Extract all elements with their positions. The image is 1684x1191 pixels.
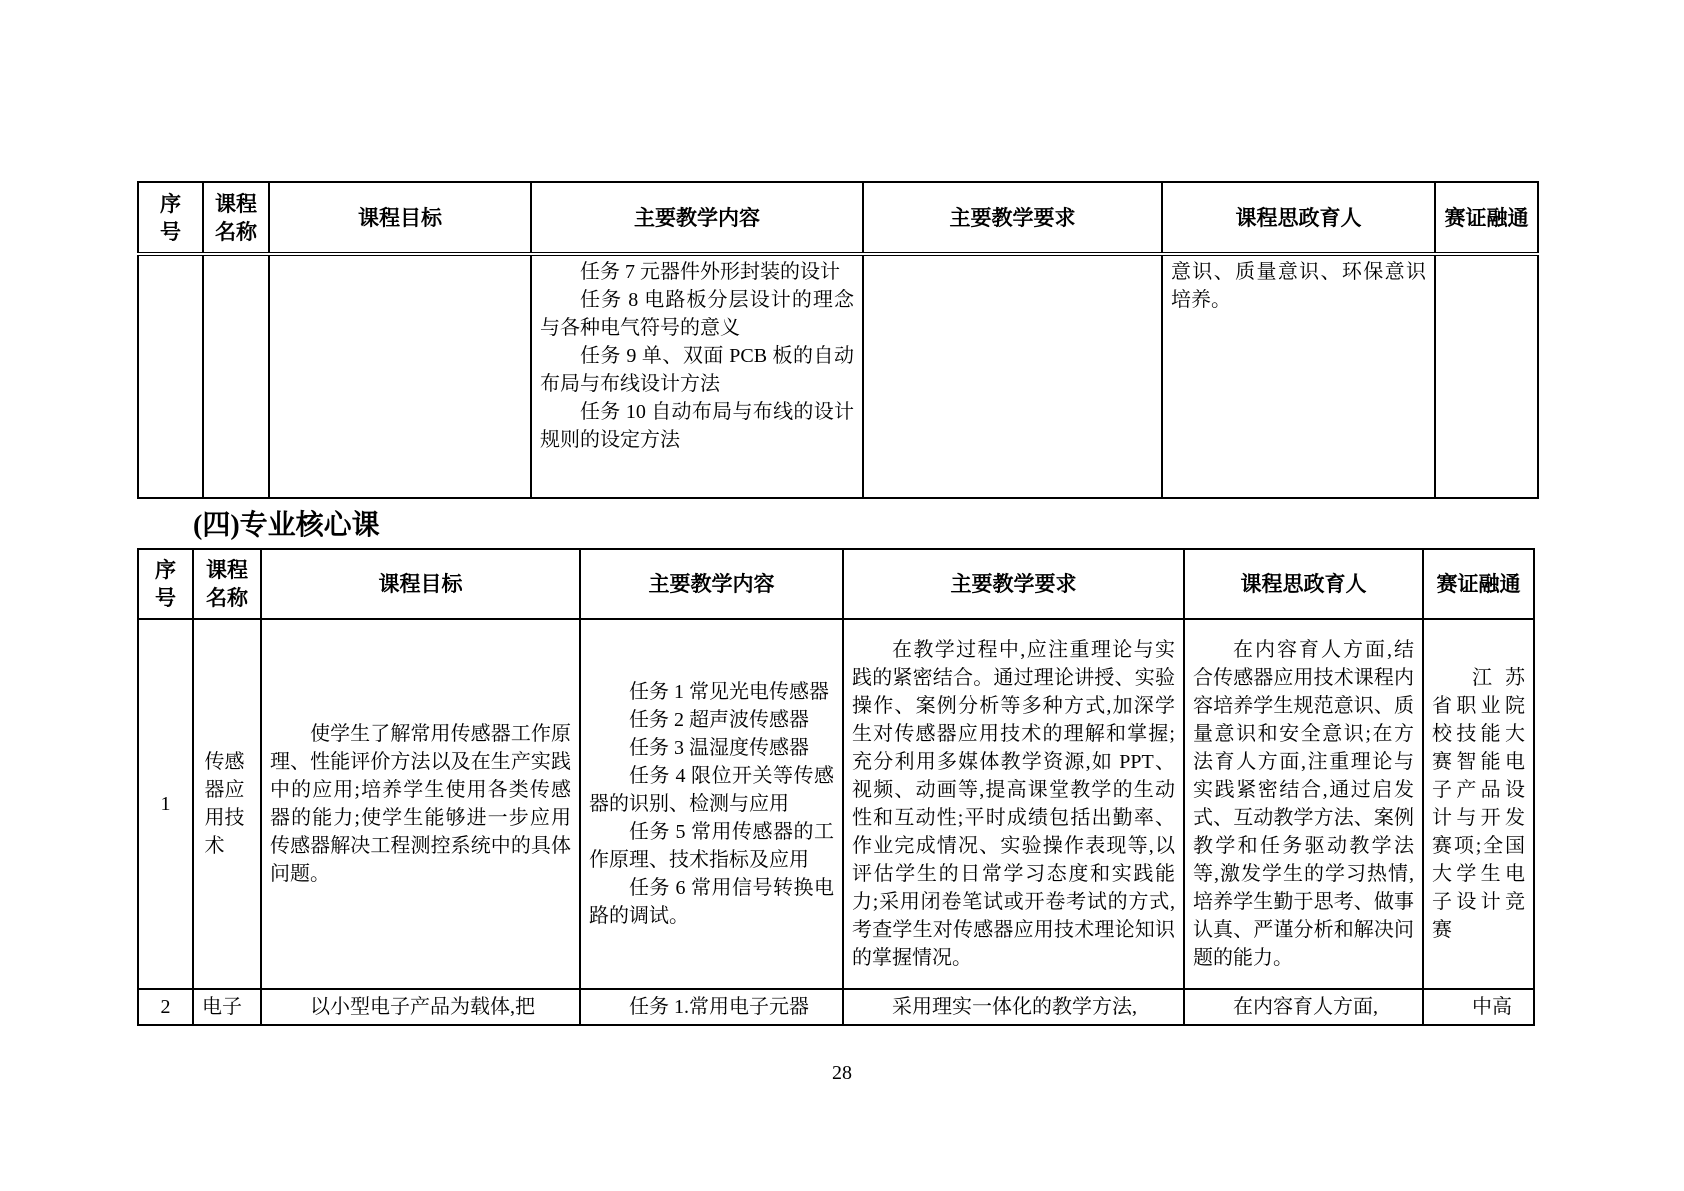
header-requirements: 主要教学要求 <box>863 182 1162 254</box>
table-row-course-1: 1 传感器应用技术 使学生了解常用传感器工作原理、性能评价方法以及在生产实践中的… <box>138 619 1534 989</box>
cell-objective <box>269 254 531 498</box>
header-course-name-label: 课程名称 <box>203 556 250 612</box>
competition-text: 中高 <box>1432 993 1525 1021</box>
header-content: 主要教学内容 <box>580 549 843 619</box>
header-ideology: 课程思政育人 <box>1184 549 1423 619</box>
cell-content: 任务 1.常用电子元器 <box>580 989 843 1025</box>
cell-competition <box>1435 254 1538 498</box>
task-paragraph: 任务 6 常用信号转换电路的调试。 <box>589 874 834 930</box>
cell-course-name <box>203 254 269 498</box>
cell-objective: 使学生了解常用传感器工作原理、性能评价方法以及在生产实践中的应用;培养学生使用各… <box>261 619 580 989</box>
task-paragraph: 任务 1 常见光电传感器 <box>589 678 834 706</box>
cell-requirements <box>863 254 1162 498</box>
header-seq: 序号 <box>138 182 203 254</box>
page-number: 28 <box>0 1062 1684 1085</box>
cell-content: 任务 1 常见光电传感器任务 2 超声波传感器任务 3 温湿度传感器任务 4 限… <box>580 619 843 989</box>
objective-text: 以小型电子产品为载体,把 <box>270 993 571 1021</box>
requirements-text: 在教学过程中,应注重理论与实践的紧密结合。通过理论讲授、实验操作、案例分析等多种… <box>852 636 1175 972</box>
header-seq: 序号 <box>138 549 193 619</box>
header-course-name-label: 课程名称 <box>212 190 259 246</box>
task-paragraph: 任务 7 元器件外形封装的设计 <box>540 258 854 286</box>
header-seq-label: 序号 <box>153 556 177 612</box>
cell-ideology: 在内容育人方面,结合传感器应用技术课程内容培养学生规范意识、质量意识和安全意识;… <box>1184 619 1423 989</box>
task-paragraph: 任务 5 常用传感器的工作原理、技术指标及应用 <box>589 818 834 874</box>
cell-competition: 中高 <box>1423 989 1534 1025</box>
task-paragraph: 任务 8 电路板分层设计的理念与各种电气符号的意义 <box>540 286 854 342</box>
ideology-text: 意识、质量意识、环保意识培养。 <box>1171 258 1426 314</box>
cell-requirements: 在教学过程中,应注重理论与实践的紧密结合。通过理论讲授、实验操作、案例分析等多种… <box>843 619 1184 989</box>
core-courses-table: 序号 课程名称 课程目标 主要教学内容 主要教学要求 课程思政育人 赛证融通 1… <box>137 548 1535 1026</box>
cell-requirements: 采用理实一体化的教学方法, <box>843 989 1184 1025</box>
table-header-row: 序号 课程名称 课程目标 主要教学内容 主要教学要求 课程思政育人 赛证融通 <box>138 182 1538 254</box>
objective-text: 使学生了解常用传感器工作原理、性能评价方法以及在生产实践中的应用;培养学生使用各… <box>270 720 571 888</box>
table-row: 任务 7 元器件外形封装的设计任务 8 电路板分层设计的理念与各种电气符号的意义… <box>138 254 1538 498</box>
header-requirements: 主要教学要求 <box>843 549 1184 619</box>
requirements-text: 采用理实一体化的教学方法, <box>852 993 1175 1021</box>
section-heading: (四)专业核心课 <box>193 503 380 543</box>
cell-objective: 以小型电子产品为载体,把 <box>261 989 580 1025</box>
ideology-text: 在内容育人方面,结合传感器应用技术课程内容培养学生规范意识、质量意识和安全意识;… <box>1193 636 1414 972</box>
header-seq-label: 序号 <box>158 190 182 246</box>
table-continuation: 序号 课程名称 课程目标 主要教学内容 主要教学要求 课程思政育人 赛证融通 任… <box>137 181 1539 499</box>
cell-ideology: 意识、质量意识、环保意识培养。 <box>1162 254 1435 498</box>
cell-competition: 江苏省职业院校技能大赛智能电子产品设计与开发赛项;全国大学生电子设计竞赛 <box>1423 619 1534 989</box>
competition-text: 江苏省职业院校技能大赛智能电子产品设计与开发赛项;全国大学生电子设计竞赛 <box>1432 664 1525 944</box>
header-competition: 赛证融通 <box>1423 549 1534 619</box>
cell-seq: 2 <box>138 989 193 1025</box>
header-ideology: 课程思政育人 <box>1162 182 1435 254</box>
table-header-row: 序号 课程名称 课程目标 主要教学内容 主要教学要求 课程思政育人 赛证融通 <box>138 549 1534 619</box>
task-paragraph: 任务 10 自动布局与布线的设计规则的设定方法 <box>540 398 854 454</box>
header-objective: 课程目标 <box>261 549 580 619</box>
task-paragraph: 任务 9 单、双面 PCB 板的自动布局与布线设计方法 <box>540 342 854 398</box>
header-competition: 赛证融通 <box>1435 182 1538 254</box>
cell-ideology: 在内容育人方面, <box>1184 989 1423 1025</box>
header-course-name: 课程名称 <box>203 182 269 254</box>
task-paragraph: 任务 2 超声波传感器 <box>589 706 834 734</box>
cell-course-name: 传感器应用技术 <box>193 619 261 989</box>
task-paragraph: 任务 1.常用电子元器 <box>589 993 834 1021</box>
cell-seq: 1 <box>138 619 193 989</box>
course-name-text: 传感器应用技术 <box>205 748 250 860</box>
task-paragraph: 任务 4 限位开关等传感器的识别、检测与应用 <box>589 762 834 818</box>
ideology-text: 在内容育人方面, <box>1193 993 1414 1021</box>
header-objective: 课程目标 <box>269 182 531 254</box>
document-page: 序号 课程名称 课程目标 主要教学内容 主要教学要求 课程思政育人 赛证融通 任… <box>0 0 1684 1191</box>
cell-course-name: 电子 <box>193 989 261 1025</box>
task-paragraph: 任务 3 温湿度传感器 <box>589 734 834 762</box>
cell-seq <box>138 254 203 498</box>
table-row-course-2: 2 电子 以小型电子产品为载体,把 任务 1.常用电子元器 采用理实一体化的教学… <box>138 989 1534 1025</box>
cell-content: 任务 7 元器件外形封装的设计任务 8 电路板分层设计的理念与各种电气符号的意义… <box>531 254 863 498</box>
header-course-name: 课程名称 <box>193 549 261 619</box>
header-content: 主要教学内容 <box>531 182 863 254</box>
